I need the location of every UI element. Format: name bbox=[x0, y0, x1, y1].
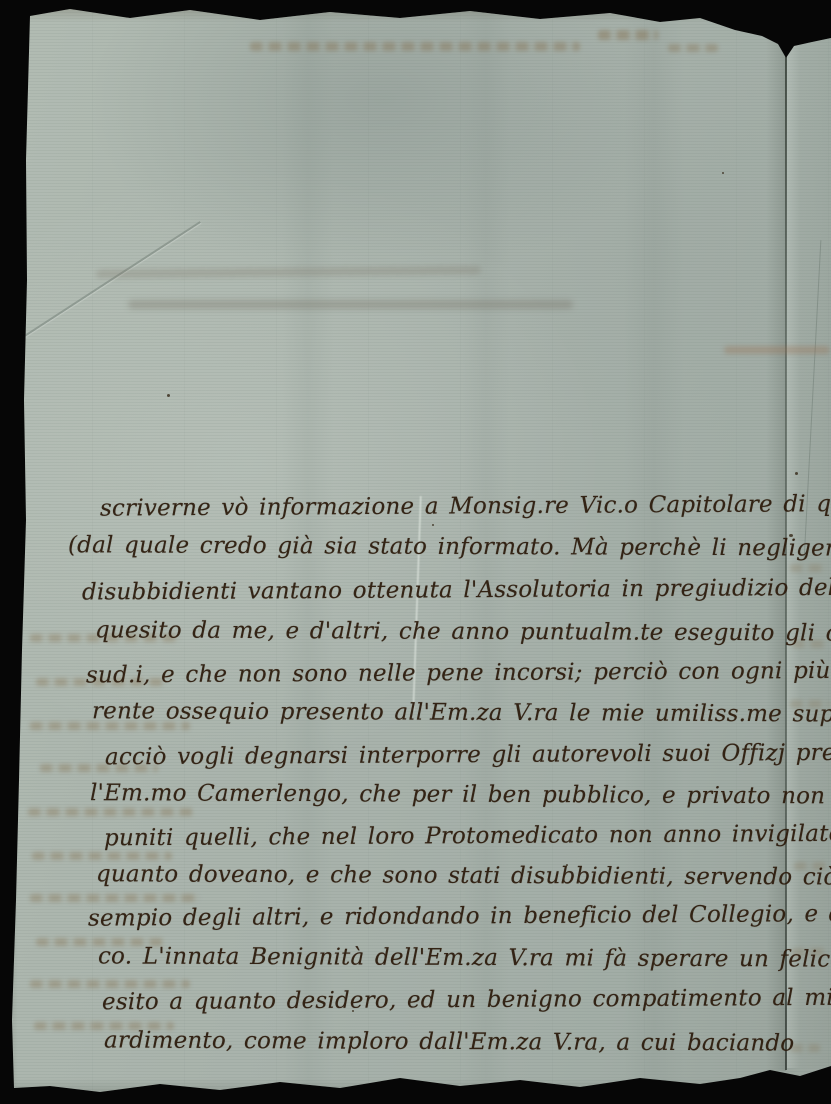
bleedthrough-marks-left bbox=[30, 894, 200, 902]
diagonal-crease bbox=[19, 221, 200, 340]
manuscript-line: ardimento, come imploro dall'Em.za V.ra,… bbox=[104, 1026, 794, 1057]
manuscript-line: disubbidienti vantano ottenuta l'Assolut… bbox=[82, 573, 831, 606]
bleedthrough-marks-right bbox=[790, 564, 828, 572]
ink-speck bbox=[795, 472, 798, 475]
manuscript-line: quanto doveano, e che sono stati disubbi… bbox=[96, 860, 831, 892]
manuscript-page: scriverne vò informazione a Monsig.re Vi… bbox=[0, 0, 831, 1104]
bleedthrough-marks-top bbox=[598, 30, 658, 40]
ink-smudge bbox=[128, 300, 573, 309]
bleedthrough-marks-left bbox=[30, 980, 190, 988]
ink-smudge bbox=[96, 266, 481, 278]
manuscript-line: (dal quale credo già sia stato informato… bbox=[68, 531, 831, 563]
manuscript-line: sud.i, e che non sono nelle pene incorsi… bbox=[86, 657, 831, 690]
manuscript-line: esito a quanto desidero, ed un benigno c… bbox=[102, 984, 831, 1017]
manuscript-line: sempio degli altri, e ridondando in bene… bbox=[88, 899, 831, 932]
manuscript-line: rente ossequio presento all'Em.za V.ra l… bbox=[92, 697, 831, 729]
ink-speck bbox=[167, 394, 170, 397]
manuscript-line: scriverne vò informazione a Monsig.re Vi… bbox=[100, 489, 831, 522]
ink-speck bbox=[432, 524, 434, 526]
bleedthrough-marks-top bbox=[250, 42, 580, 51]
manuscript-line: quesito da me, e d'altri, che anno puntu… bbox=[95, 616, 831, 647]
manuscript-line: co. L'innata Benignità dell'Em.za V.ra m… bbox=[98, 942, 831, 973]
photograph-background: scriverne vò informazione a Monsig.re Vi… bbox=[0, 0, 831, 1104]
manuscript-line: acciò vogli degnarsi interporre gli auto… bbox=[105, 739, 831, 772]
ink-speck bbox=[722, 172, 724, 174]
manuscript-line: puniti quelli, che nel loro Protomedicat… bbox=[104, 820, 831, 853]
bleedthrough-marks-top bbox=[668, 44, 718, 52]
bleedthrough-marks-left bbox=[28, 808, 193, 816]
manuscript-line: l'Em.mo Camerlengo, che per il ben pubbl… bbox=[90, 779, 831, 811]
bleedthrough-marks-right bbox=[790, 1044, 820, 1052]
bleedthrough-marks-left bbox=[32, 852, 172, 860]
